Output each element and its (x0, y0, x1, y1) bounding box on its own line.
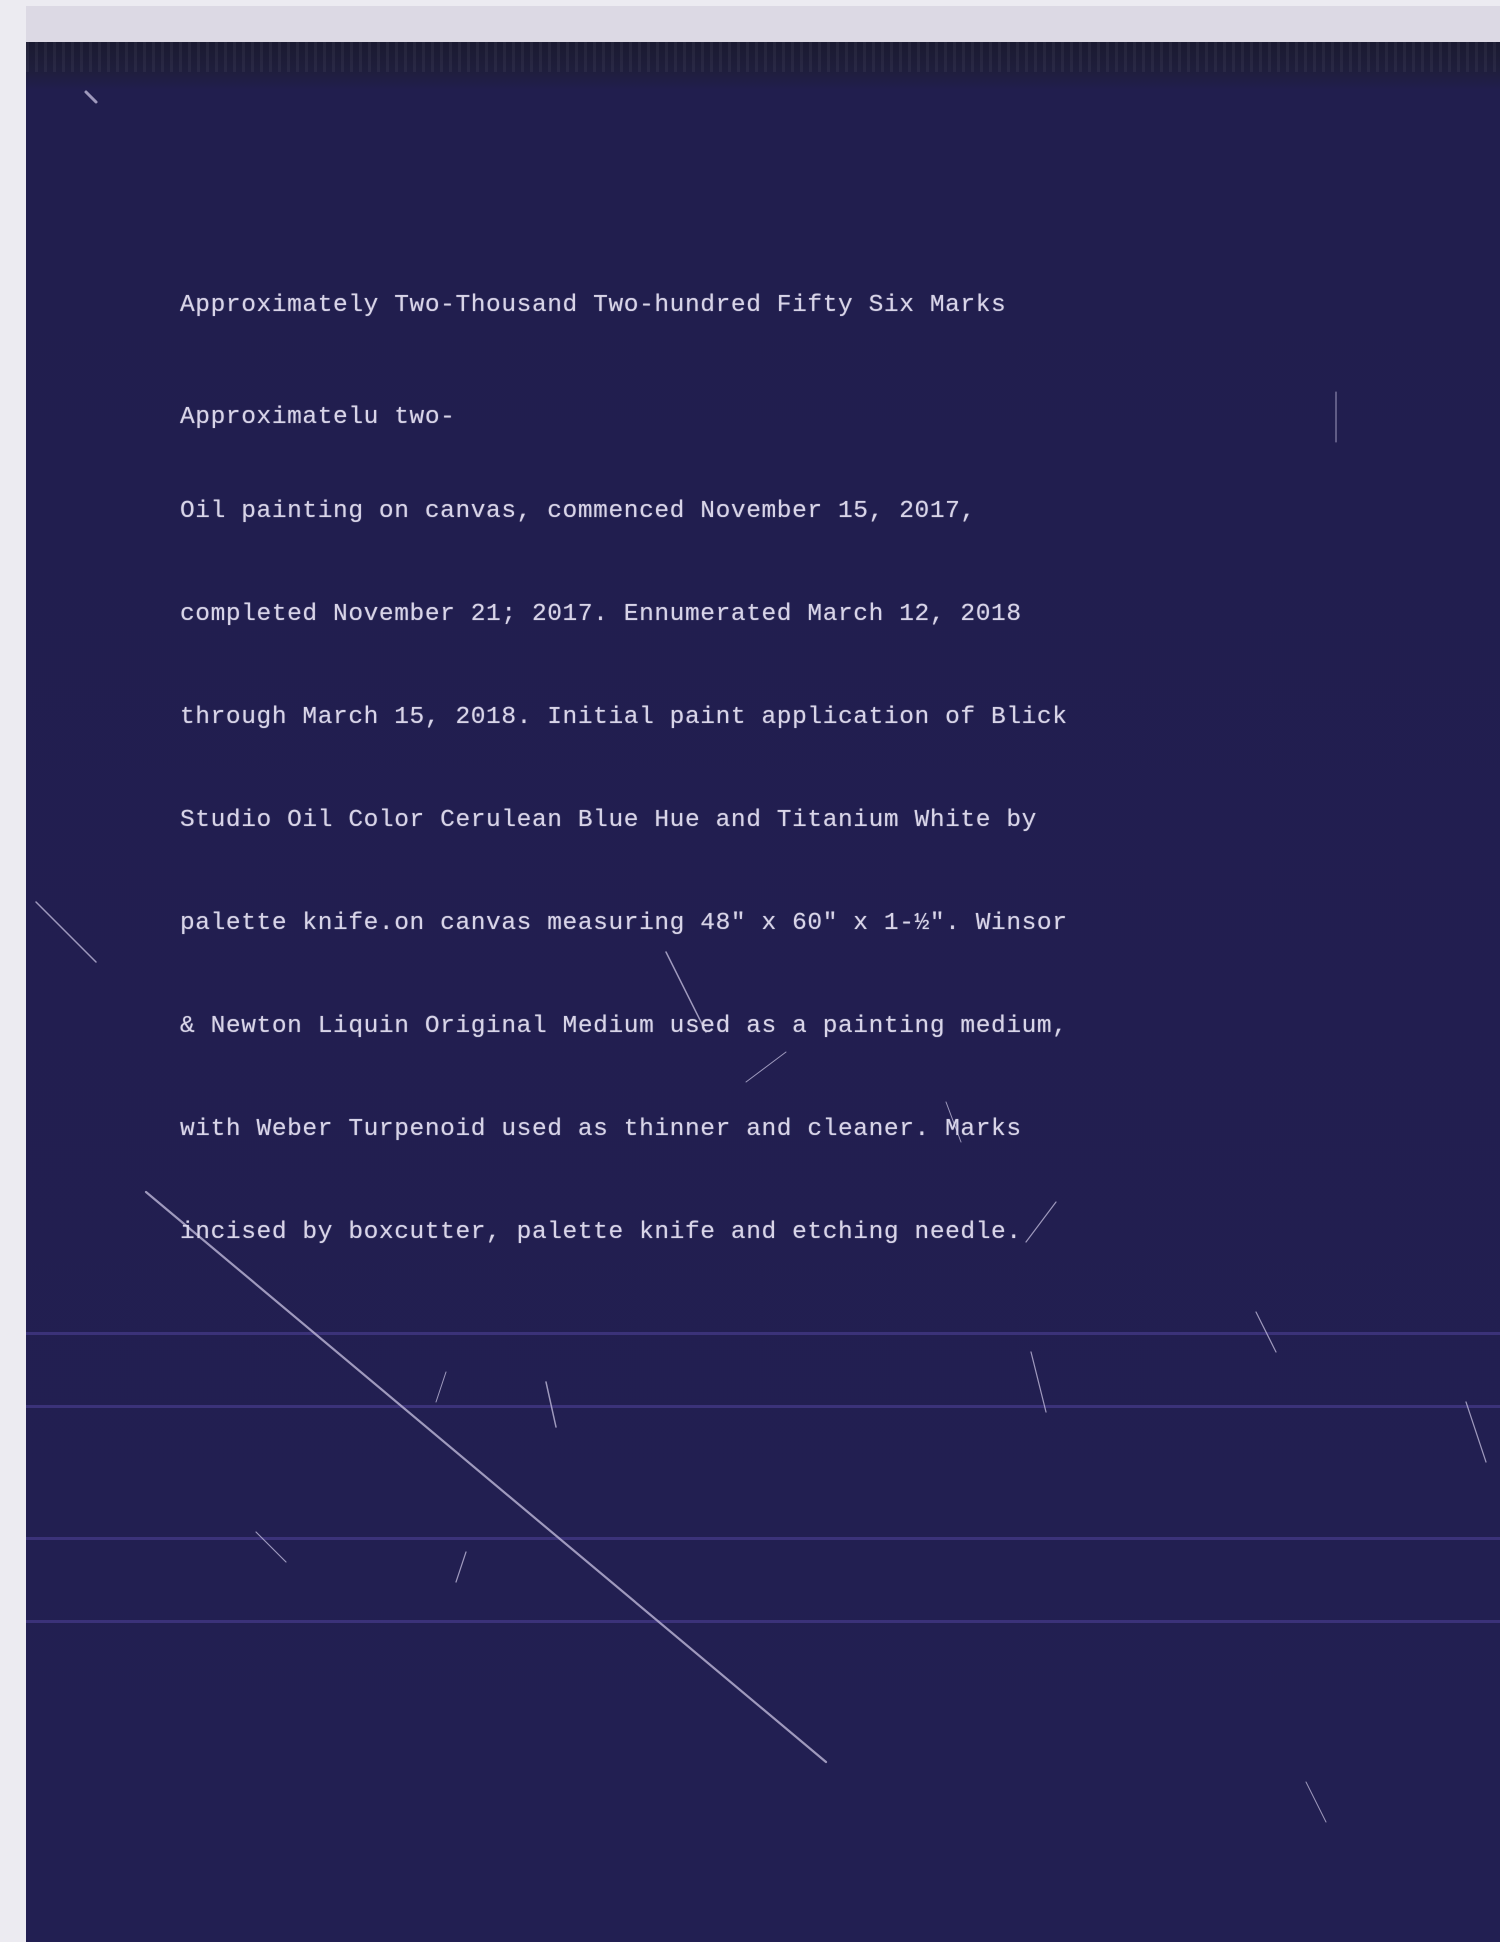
body-line: palette knife.on canvas measuring 48" x … (180, 899, 1068, 948)
document-title: Approximately Two-Thousand Two-hundred F… (180, 281, 1068, 339)
body-line: Oil painting on canvas, commenced Novemb… (180, 487, 1068, 536)
body-line: Studio Oil Color Cerulean Blue Hue and T… (180, 796, 1068, 845)
paper-top-edge (26, 6, 1500, 44)
false-start-line: Approximatelu two- (180, 393, 1068, 433)
body-line: & Newton Liquin Original Medium used as … (180, 1002, 1068, 1051)
body-line: with Weber Turpenoid used as thinner and… (180, 1105, 1068, 1154)
typewritten-text: Approximately Two-Thousand Two-hundred F… (180, 227, 1068, 1311)
painted-surface: Approximately Two-Thousand Two-hundred F… (26, 42, 1500, 1942)
body-line: incised by boxcutter, palette knife and … (180, 1208, 1068, 1257)
body-line: completed November 21; 2017. Ennumerated… (180, 590, 1068, 639)
body-line: through March 15, 2018. Initial paint ap… (180, 693, 1068, 742)
